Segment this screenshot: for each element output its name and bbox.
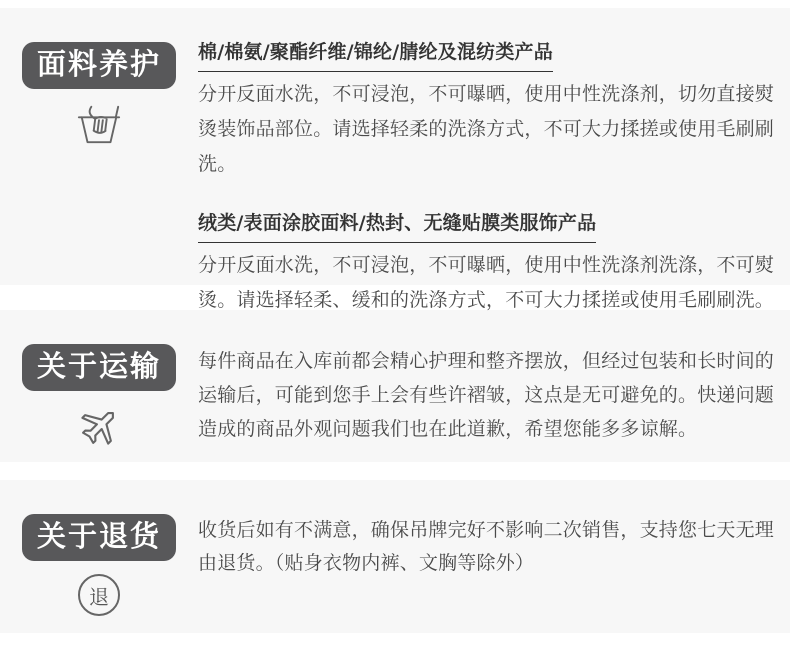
- shipping-body: 每件商品在入库前都会精心护理和整齐摆放，但经过包装和长时间的运输后，可能到您手上…: [198, 344, 774, 446]
- fabric-care-block-velvet: 绒类/表面涂胶面料/热封、无缝贴膜类服饰产品 分开反面水洗，不可浸泡，不可曝晒，…: [198, 213, 774, 318]
- fabric-care-content: 棉/棉氨/聚酯纤维/锦纶/腈纶及混纺类产品 分开反面水洗，不可浸泡，不可曝晒，使…: [198, 42, 778, 285]
- return-icon: 退: [78, 574, 120, 616]
- returns-body: 收货后如有不满意，确保吊牌完好不影响二次销售，支持您七天无理由退货。（贴身衣物内…: [198, 514, 774, 580]
- shipping-left-column: 关于运输: [0, 344, 198, 462]
- fabric-care-section: 面料养护 棉/棉氨/聚酯纤维/锦纶/腈纶及混纺类产品 分开反面水洗，不可浸泡，不…: [0, 8, 790, 285]
- fabric-care-body-cotton: 分开反面水洗，不可浸泡，不可曝晒，使用中性洗涤剂，切勿直接熨烫装饰品部位。请选择…: [198, 77, 774, 182]
- fabric-care-heading-cotton: 棉/棉氨/聚酯纤维/锦纶/腈纶及混纺类产品: [198, 42, 553, 72]
- returns-content: 收货后如有不满意，确保吊牌完好不影响二次销售，支持您七天无理由退货。（贴身衣物内…: [198, 514, 778, 633]
- shipping-content: 每件商品在入库前都会精心护理和整齐摆放，但经过包装和长时间的运输后，可能到您手上…: [198, 344, 778, 462]
- fabric-care-left-column: 面料养护: [0, 42, 198, 285]
- hand-wash-icon: [76, 102, 122, 146]
- shipping-section: 关于运输 每件商品在入库前都会精心护理和整齐摆放，但经过包装和长时间的运输后，可…: [0, 310, 790, 462]
- fabric-care-heading-velvet: 绒类/表面涂胶面料/热封、无缝贴膜类服饰产品: [198, 213, 596, 243]
- fabric-care-block-cotton: 棉/棉氨/聚酯纤维/锦纶/腈纶及混纺类产品 分开反面水洗，不可浸泡，不可曝晒，使…: [198, 42, 774, 182]
- fabric-care-badge: 面料养护: [22, 42, 176, 89]
- fabric-care-body-velvet: 分开反面水洗，不可浸泡，不可曝晒，使用中性洗涤剂洗涤，不可熨烫。请选择轻柔、缓和…: [198, 248, 774, 318]
- shipping-badge: 关于运输: [22, 344, 176, 391]
- returns-section: 关于退货 退 收货后如有不满意，确保吊牌完好不影响二次销售，支持您七天无理由退货…: [0, 480, 790, 633]
- returns-left-column: 关于退货 退: [0, 514, 198, 633]
- returns-badge: 关于退货: [22, 514, 176, 561]
- return-icon-character: 退: [89, 581, 109, 610]
- airplane-icon: [76, 404, 122, 450]
